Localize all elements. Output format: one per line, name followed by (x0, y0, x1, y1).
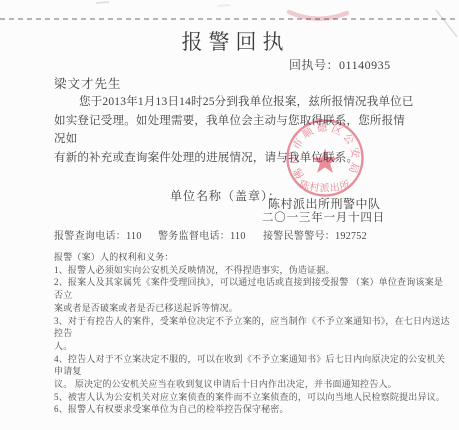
inquiry-phone-label: 报警查询电话： (54, 231, 126, 242)
seal-banner-text: 陈村派出所 (298, 178, 351, 195)
supervision-phone-label: 警务监督电话： (158, 231, 230, 242)
inquiry-phone: 报警查询电话：110 (54, 227, 142, 242)
supervision-phone-value: 110 (230, 231, 246, 242)
supervision-phone: 警务监督电话：110 (158, 227, 246, 242)
rights-line: 案或者是否破案或者是否已移送起诉等情况。 (54, 302, 452, 315)
signature-date: 二〇一三年一月十四日 (262, 209, 385, 225)
body-line-2: 如实登记受理。如处理需要，我单位会主动与您取得联系，您所报情况如 (54, 112, 416, 149)
rights-line: 2、报案人及其家属凭《案件受理回执》，可以通过电话或直接到接受报警 （案）单位查… (54, 276, 452, 301)
receipt-number-label: 回执号： (289, 58, 339, 72)
rights-line: 4、控告人对于不立案决定不服的，可以在收到《不予立案通知书》后七日内向原决定的公… (54, 353, 452, 378)
addressee: 梁文才先生 (54, 74, 122, 92)
inquiry-phone-value: 110 (126, 231, 142, 242)
body-line-1: 您于2013年1月13日14时25分到我单位报案，兹所报情况我单位已 (54, 93, 416, 112)
body-paragraph: 您于2013年1月13日14时25分到我单位报案，兹所报情况我单位已 如实登记受… (54, 93, 416, 167)
officer-badge-label: 接警民警警号： (263, 231, 335, 242)
rights-line: 5、被害人认为公安机关对应立案侦查的案件而不立案侦查的，可以向当地人民检察院提出… (54, 391, 452, 404)
body-line-3: 有新的补充或查询案件处理的进展情况，请与我单位联系。 (54, 149, 416, 168)
rights-line: 3、对于有控告人的案件，受案单位决定不予立案的，应当制作《不予立案通知书》，在七… (54, 315, 452, 340)
rights-line: 议。 原决定的公安机关应当在收到复议申请后十日内作出决定，并书面通知控告人。 (54, 378, 452, 391)
rights-and-obligations: 报警（案）人的权利和义务： 1、报警人必须如实向公安机关反映情况，不得捏造事实，… (54, 251, 452, 416)
officer-badge-value: 192752 (335, 231, 367, 242)
rights-heading: 报警（案）人的权利和义务： (54, 251, 452, 264)
scan-speck-2 (218, 5, 230, 6)
rights-line: 1、报警人必须如实向公安机关反映情况，不得捏造事实，伪造证据。 (54, 264, 452, 277)
scan-speck (96, 2, 109, 3)
receipt-number-line: 回执号：01140935 (289, 56, 391, 73)
unit-name-label: 单位名称（盖章）： (170, 187, 281, 204)
document: 报警回执 回执号：01140935 梁文才先生 您于2013年1月13日14时2… (0, 0, 459, 430)
rights-line: 6、报警人有权要求受案单位为自己的检举控告保守秘密。 (54, 403, 452, 416)
tear-off-dashed-line (0, 18, 459, 20)
page-title: 报警回执 (0, 26, 459, 56)
receipt-number-value: 01140935 (339, 58, 391, 72)
officer-badge-number: 接警民警警号：192752 (263, 227, 367, 242)
rights-line: 人。 (54, 340, 452, 353)
